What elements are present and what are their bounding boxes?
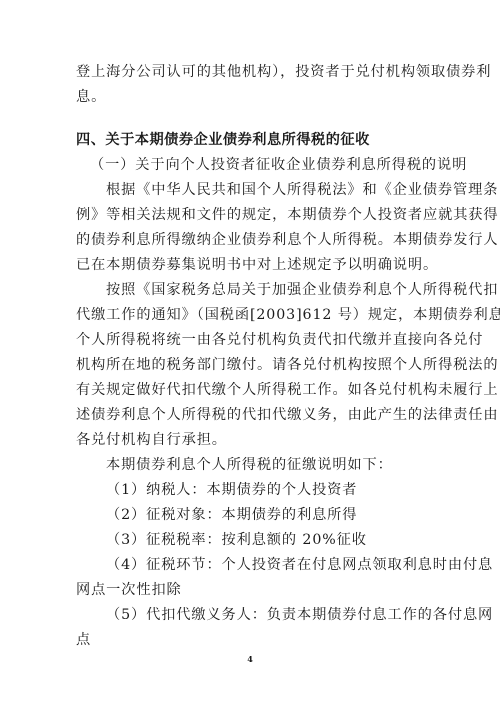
text-line: 登上海分公司认可的其他机构），投资者于兑付机构领取债券利 bbox=[76, 63, 426, 81]
paragraph-line: 个人所得税将统一由各兑付机构负责代扣代缴并直接向各兑付 bbox=[76, 331, 426, 349]
paragraph-line: 各兑付机构自行承担。 bbox=[76, 431, 426, 449]
paragraph-line: 有关规定做好代扣代缴个人所得税工作。如各兑付机构未履行上 bbox=[76, 381, 426, 399]
paragraph-line: 述债券利息个人所得税的代扣代缴义务，由此产生的法律责任由 bbox=[76, 406, 426, 424]
paragraph-line: 机构所在地的税务部门缴付。请各兑付机构按照个人所得税法的 bbox=[76, 356, 426, 374]
paragraph-line: 的债券利息所得缴纳企业债券利息个人所得税。本期债券发行人 bbox=[76, 231, 426, 249]
section-heading: 四、关于本期债券企业债券利息所得税的征收 bbox=[76, 131, 426, 149]
paragraph-line: 按照《国家税务总局关于加强企业债券利息个人所得税代扣 bbox=[106, 281, 456, 299]
paragraph-line: 例》等相关法规和文件的规定，本期债券个人投资者应就其获得 bbox=[76, 206, 426, 224]
paragraph-line: 已在本期债券募集说明书中对上述规定予以明确说明。 bbox=[76, 256, 426, 274]
list-item-continuation: 网点一次性扣除 bbox=[76, 581, 426, 599]
list-item: （4）征税环节：个人投资者在付息网点领取利息时由付息 bbox=[106, 556, 456, 574]
list-item-continuation: 点 bbox=[76, 631, 426, 649]
list-item: （3）征税税率：按利息额的 20%征收 bbox=[106, 531, 456, 549]
intro-line: 本期债券利息个人所得税的征缴说明如下： bbox=[106, 456, 456, 474]
list-item: （5）代扣代缴义务人：负责本期债券付息工作的各付息网 bbox=[106, 606, 456, 624]
list-item: （1）纳税人：本期债券的个人投资者 bbox=[106, 481, 456, 499]
text-line: 息。 bbox=[76, 88, 426, 106]
subsection-heading: （一）关于向个人投资者征收企业债券利息所得税的说明 bbox=[90, 156, 440, 174]
list-item: （2）征税对象：本期债券的利息所得 bbox=[106, 506, 456, 524]
page-number: 4 bbox=[0, 654, 500, 664]
paragraph-line: 根据《中华人民共和国个人所得税法》和《企业债券管理条 bbox=[106, 181, 456, 199]
paragraph-line: 代缴工作的通知》（国税函[2003]612 号）规定，本期债券利息 bbox=[76, 306, 426, 324]
